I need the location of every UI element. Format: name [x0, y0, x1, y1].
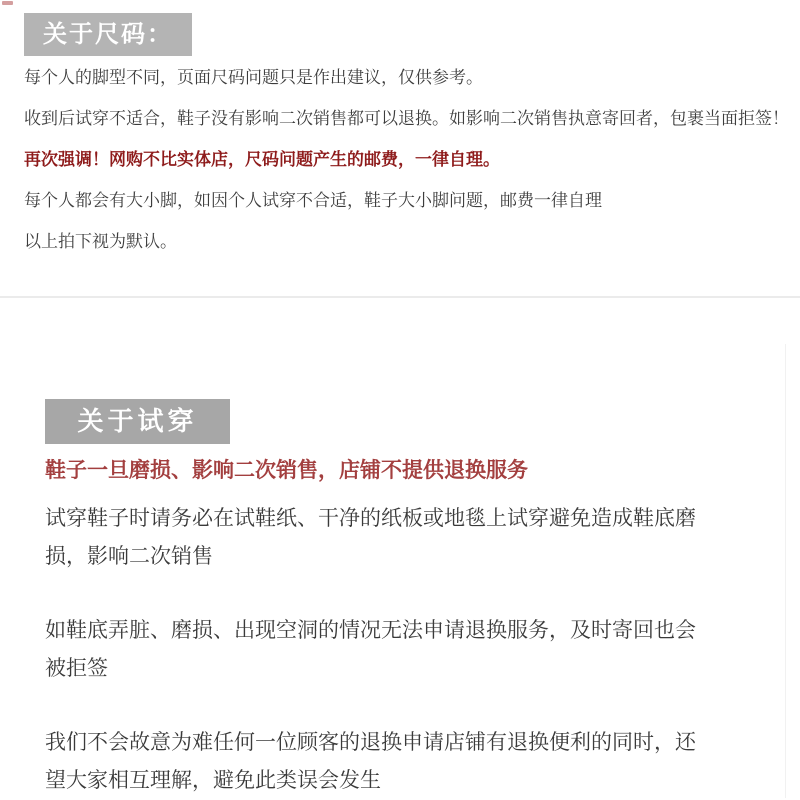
size-paragraph: 以上拍下视为默认。 — [24, 232, 790, 252]
size-section-badge: 关于尺码： — [24, 13, 192, 56]
tryon-paragraph: 如鞋底弄脏、磨损、出现空洞的情况无法申请退换服务，及时寄回也会被拒签 — [45, 612, 700, 688]
size-paragraph: 收到后试穿不适合，鞋子没有影响二次销售都可以退换。如影响二次销售执意寄回者，包裹… — [24, 109, 790, 129]
size-section: 关于尺码： 每个人的脚型不同，页面尺码问题只是作出建议，仅供参考。 收到后试穿不… — [0, 0, 800, 298]
corner-artifact — [2, 1, 13, 5]
tryon-paragraph: 试穿鞋子时请务必在试鞋纸、干净的纸板或地毯上试穿避免造成鞋底磨损，影响二次销售 — [45, 500, 700, 576]
size-paragraph: 每个人都会有大小脚，如因个人试穿不合适，鞋子大小脚问题，邮费一律自理 — [24, 191, 790, 211]
tryon-section: 关于试穿 鞋子一旦磨损、影响二次销售，店铺不提供退换服务 试穿鞋子时请务必在试鞋… — [0, 298, 800, 798]
right-hairline — [785, 344, 786, 798]
tryon-warning-text: 鞋子一旦磨损、影响二次销售，店铺不提供退换服务 — [45, 458, 770, 484]
tryon-section-badge: 关于试穿 — [45, 399, 230, 444]
tryon-paragraph: 我们不会故意为难任何一位顾客的退换申请店铺有退换便利的同时，还望大家相互理解，避… — [45, 724, 700, 800]
size-paragraph-emphasis: 再次强调！网购不比实体店，尺码问题产生的邮费，一律自理。 — [24, 150, 790, 170]
size-paragraph: 每个人的脚型不同，页面尺码问题只是作出建议，仅供参考。 — [24, 68, 790, 88]
product-policy-page: 关于尺码： 每个人的脚型不同，页面尺码问题只是作出建议，仅供参考。 收到后试穿不… — [0, 0, 800, 800]
